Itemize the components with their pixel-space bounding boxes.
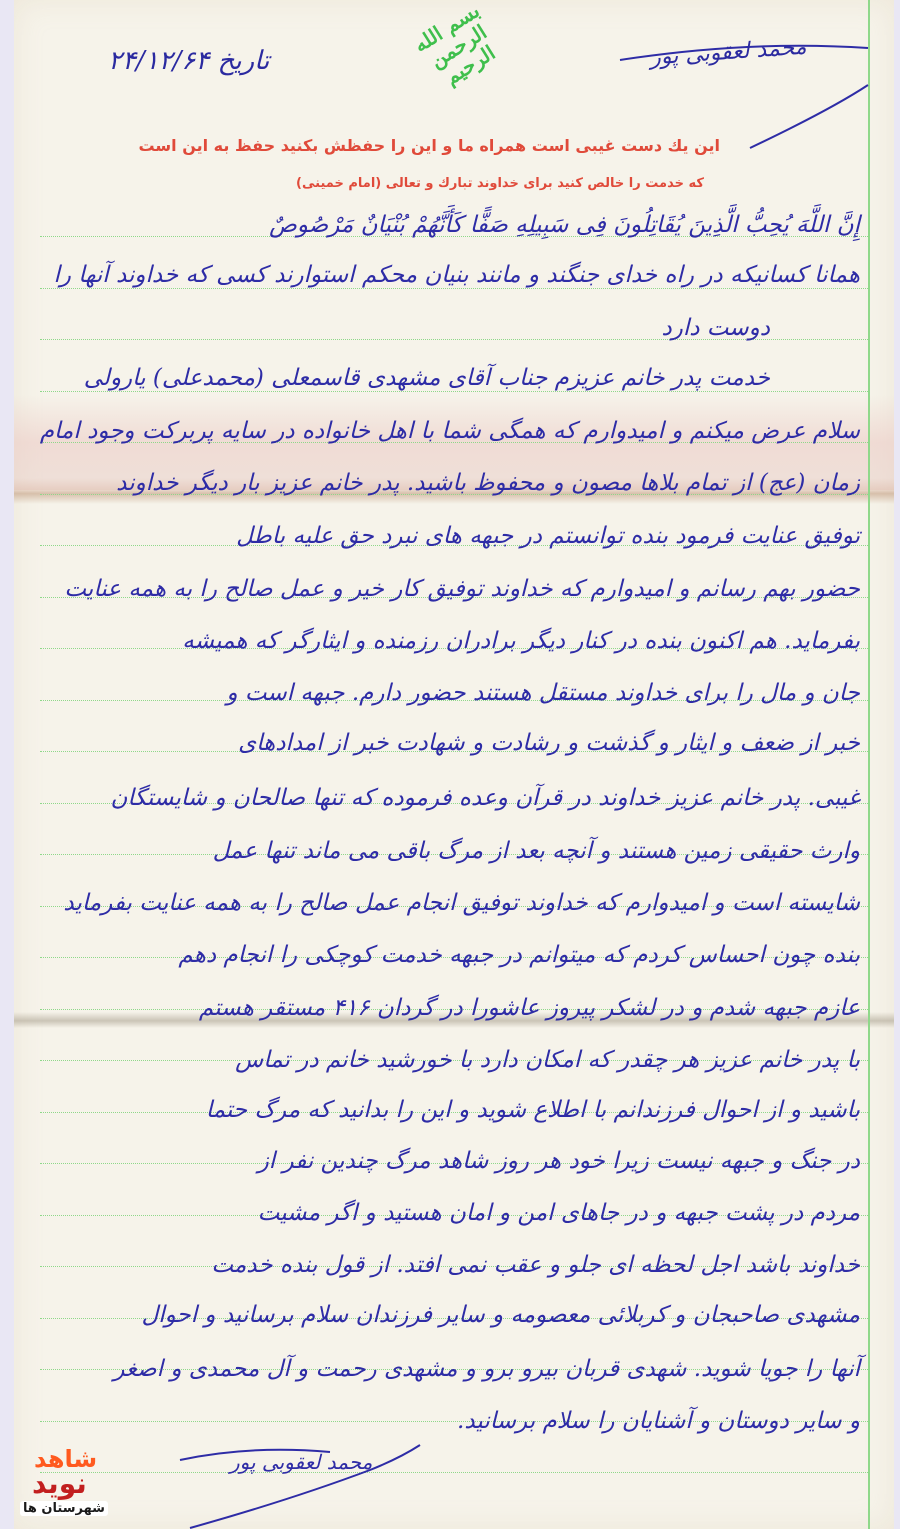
letter-line: خداوند باشد اجل لحظه ای جلو و عقب نمی اف… (211, 1252, 860, 1278)
logo-subtitle: شهرستان ها (20, 1501, 108, 1516)
margin-line (868, 0, 870, 1529)
letter-line: إِنَّ اللَّهَ یُحِبُّ الَّذِینَ یُقَاتِل… (269, 212, 860, 238)
letter-line: آنها را جویا شوید. شهدی قربان بیرو برو و… (113, 1356, 860, 1382)
letter-date: تاریخ ۲۴/۱۲/۶۴ (108, 46, 269, 76)
letter-line: بنده چون احساس کردم که میتوانم در جبهه خ… (178, 942, 860, 968)
letter-line: خدمت پدر خانم عزیزم جناب آقای مشهدی قاسم… (84, 365, 770, 391)
printed-quote-line-2: که خدمت را خالص کنید برای خداوند تبارك و… (280, 176, 720, 191)
letter-line: عازم جبهه شدم و در لشکر پیروز عاشورا در … (199, 995, 860, 1021)
letter-line: در جنگ و جبهه نیست زیرا خود هر روز شاهد … (258, 1148, 860, 1174)
letter-line: زمان (عج) از تمام بلاها مصون و محفوظ باش… (116, 470, 860, 496)
letter-line: حضور بهم رسانم و امیدوارم که خداوند توفی… (64, 576, 860, 602)
letter-signature: محمد لعقوبی پور (230, 1450, 372, 1474)
letter-line: سلام عرض میکنم و امیدوارم که همگی شما با… (40, 418, 860, 444)
logo-word-navid: نوید (32, 1467, 87, 1500)
letter-line: همانا کسانیکه در راه خدای جنگند و مانند … (53, 262, 860, 288)
letter-line: دوست دارد (662, 315, 771, 341)
letter-line: مردم در پشت جبهه و در جاهای امن و امان ه… (258, 1200, 860, 1226)
letter-line: غیبی. پدر خانم عزیز خداوند در قرآن وعده … (110, 785, 860, 811)
letter-line: باشید و از احوال فرزندانم با اطلاع شوید … (206, 1097, 860, 1123)
letter-line: وارث حقیقی زمین هستند و آنچه بعد از مرگ … (213, 838, 860, 864)
letter-line: خبر از ضعف و ایثار و گذشت و رشادت و شهاد… (238, 730, 860, 756)
letter-line: جان و مال را برای خداوند مستقل هستند حضو… (226, 680, 860, 706)
letter-line: با پدر خانم عزیز هر چقدر که امکان دارد ب… (235, 1047, 860, 1073)
letter-line: و سایر دوستان و آشنایان را سلام برسانید. (457, 1408, 860, 1434)
letter-line: شایسته است و امیدوارم که خداوند توفیق ان… (63, 890, 860, 916)
letter-line: توفیق عنایت فرمود بنده توانستم در جبهه ه… (236, 523, 860, 549)
navid-shahed-logo: شاهد نوید شهرستان ها (20, 1445, 130, 1525)
letter-line: بفرماید. هم اکنون بنده در کنار دیگر براد… (182, 628, 860, 654)
letter-line: مشهدی صاحبجان و کربلائی معصومه و سایر فر… (142, 1302, 860, 1328)
ruled-line (40, 1472, 870, 1473)
